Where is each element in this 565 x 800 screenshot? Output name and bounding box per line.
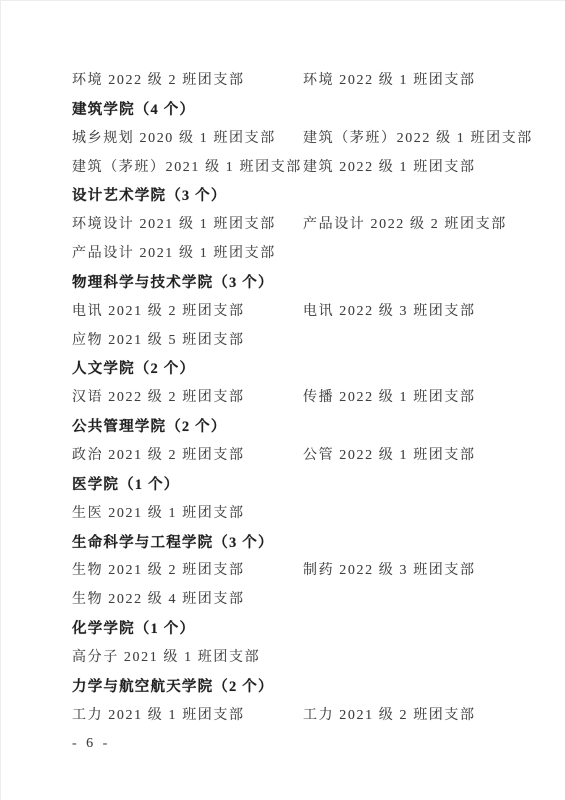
branch-row: 政治 2021 级 2 班团支部 公管 2022 级 1 班团支部 [72, 442, 555, 471]
branch-row: 城乡规划 2020 级 1 班团支部 建筑（茅班）2022 级 1 班团支部 [72, 125, 555, 154]
branch-row: 环境 2022 级 2 班团支部 环境 2022 级 1 班团支部 [72, 67, 555, 96]
branch-row: 电讯 2021 级 2 班团支部 电讯 2022 级 3 班团支部 [72, 298, 555, 327]
page-number: - 6 - [72, 730, 555, 759]
branch-name-right: 制药 2022 级 3 班团支部 [303, 557, 476, 586]
college-heading: 公共管理学院（2 个） [72, 413, 555, 442]
college-heading-label: 化学学院（1 个） [72, 615, 195, 644]
branch-row: 应物 2021 级 5 班团支部 [72, 327, 555, 356]
branch-name-right: 产品设计 2022 级 2 班团支部 [303, 211, 507, 240]
branch-name-left: 建筑（茅班）2021 级 1 班团支部 [72, 154, 303, 183]
college-heading-label: 力学与航空航天学院（2 个） [72, 673, 274, 702]
branch-row: 环境设计 2021 级 1 班团支部 产品设计 2022 级 2 班团支部 [72, 211, 555, 240]
college-heading: 力学与航空航天学院（2 个） [72, 673, 555, 702]
branch-row: 高分子 2021 级 1 班团支部 [72, 644, 555, 673]
branch-list-content: 环境 2022 级 2 班团支部 环境 2022 级 1 班团支部 建筑学院（4… [72, 67, 555, 759]
branch-name-left: 工力 2021 级 1 班团支部 [72, 702, 303, 731]
branch-name-left: 生物 2021 级 2 班团支部 [72, 557, 303, 586]
college-heading: 生命科学与工程学院（3 个） [72, 529, 555, 558]
college-heading-label: 生命科学与工程学院（3 个） [72, 529, 274, 558]
branch-name-left: 环境 2022 级 2 班团支部 [72, 67, 303, 96]
branch-name-left: 政治 2021 级 2 班团支部 [72, 442, 303, 471]
college-heading-label: 物理科学与技术学院（3 个） [72, 269, 274, 298]
branch-name-right: 公管 2022 级 1 班团支部 [303, 442, 476, 471]
branch-row: 汉语 2022 级 2 班团支部 传播 2022 级 1 班团支部 [72, 384, 555, 413]
branch-name-left: 高分子 2021 级 1 班团支部 [72, 644, 303, 673]
branch-name-right: 建筑（茅班）2022 级 1 班团支部 [303, 125, 533, 154]
document-page: 环境 2022 级 2 班团支部 环境 2022 级 1 班团支部 建筑学院（4… [0, 0, 565, 800]
college-heading: 物理科学与技术学院（3 个） [72, 269, 555, 298]
college-heading: 设计艺术学院（3 个） [72, 182, 555, 211]
branch-name-left: 应物 2021 级 5 班团支部 [72, 327, 303, 356]
college-heading: 化学学院（1 个） [72, 615, 555, 644]
college-heading-label: 建筑学院（4 个） [72, 96, 195, 125]
branch-name-left: 城乡规划 2020 级 1 班团支部 [72, 125, 303, 154]
branch-name-left: 产品设计 2021 级 1 班团支部 [72, 240, 303, 269]
branch-row: 建筑（茅班）2021 级 1 班团支部 建筑 2022 级 1 班团支部 [72, 154, 555, 183]
branch-row: 生物 2022 级 4 班团支部 [72, 586, 555, 615]
branch-name-left: 电讯 2021 级 2 班团支部 [72, 298, 303, 327]
college-heading-label: 人文学院（2 个） [72, 355, 195, 384]
college-heading: 建筑学院（4 个） [72, 96, 555, 125]
college-heading-label: 设计艺术学院（3 个） [72, 182, 227, 211]
branch-name-right: 电讯 2022 级 3 班团支部 [303, 298, 476, 327]
branch-name-left: 生医 2021 级 1 班团支部 [72, 500, 303, 529]
college-heading: 人文学院（2 个） [72, 355, 555, 384]
branch-list: 环境 2022 级 2 班团支部 环境 2022 级 1 班团支部 建筑学院（4… [72, 67, 555, 730]
branch-name-right: 工力 2021 级 2 班团支部 [303, 702, 476, 731]
college-heading-label: 公共管理学院（2 个） [72, 413, 227, 442]
branch-row: 工力 2021 级 1 班团支部 工力 2021 级 2 班团支部 [72, 702, 555, 731]
college-heading: 医学院（1 个） [72, 471, 555, 500]
branch-name-right: 环境 2022 级 1 班团支部 [303, 67, 476, 96]
branch-row: 产品设计 2021 级 1 班团支部 [72, 240, 555, 269]
branch-name-right: 建筑 2022 级 1 班团支部 [303, 154, 476, 183]
branch-name-left: 汉语 2022 级 2 班团支部 [72, 384, 303, 413]
college-heading-label: 医学院（1 个） [72, 471, 179, 500]
branch-row: 生医 2021 级 1 班团支部 [72, 500, 555, 529]
branch-name-left: 生物 2022 级 4 班团支部 [72, 586, 303, 615]
branch-name-right: 传播 2022 级 1 班团支部 [303, 384, 476, 413]
branch-row: 生物 2021 级 2 班团支部 制药 2022 级 3 班团支部 [72, 557, 555, 586]
branch-name-left: 环境设计 2021 级 1 班团支部 [72, 211, 303, 240]
